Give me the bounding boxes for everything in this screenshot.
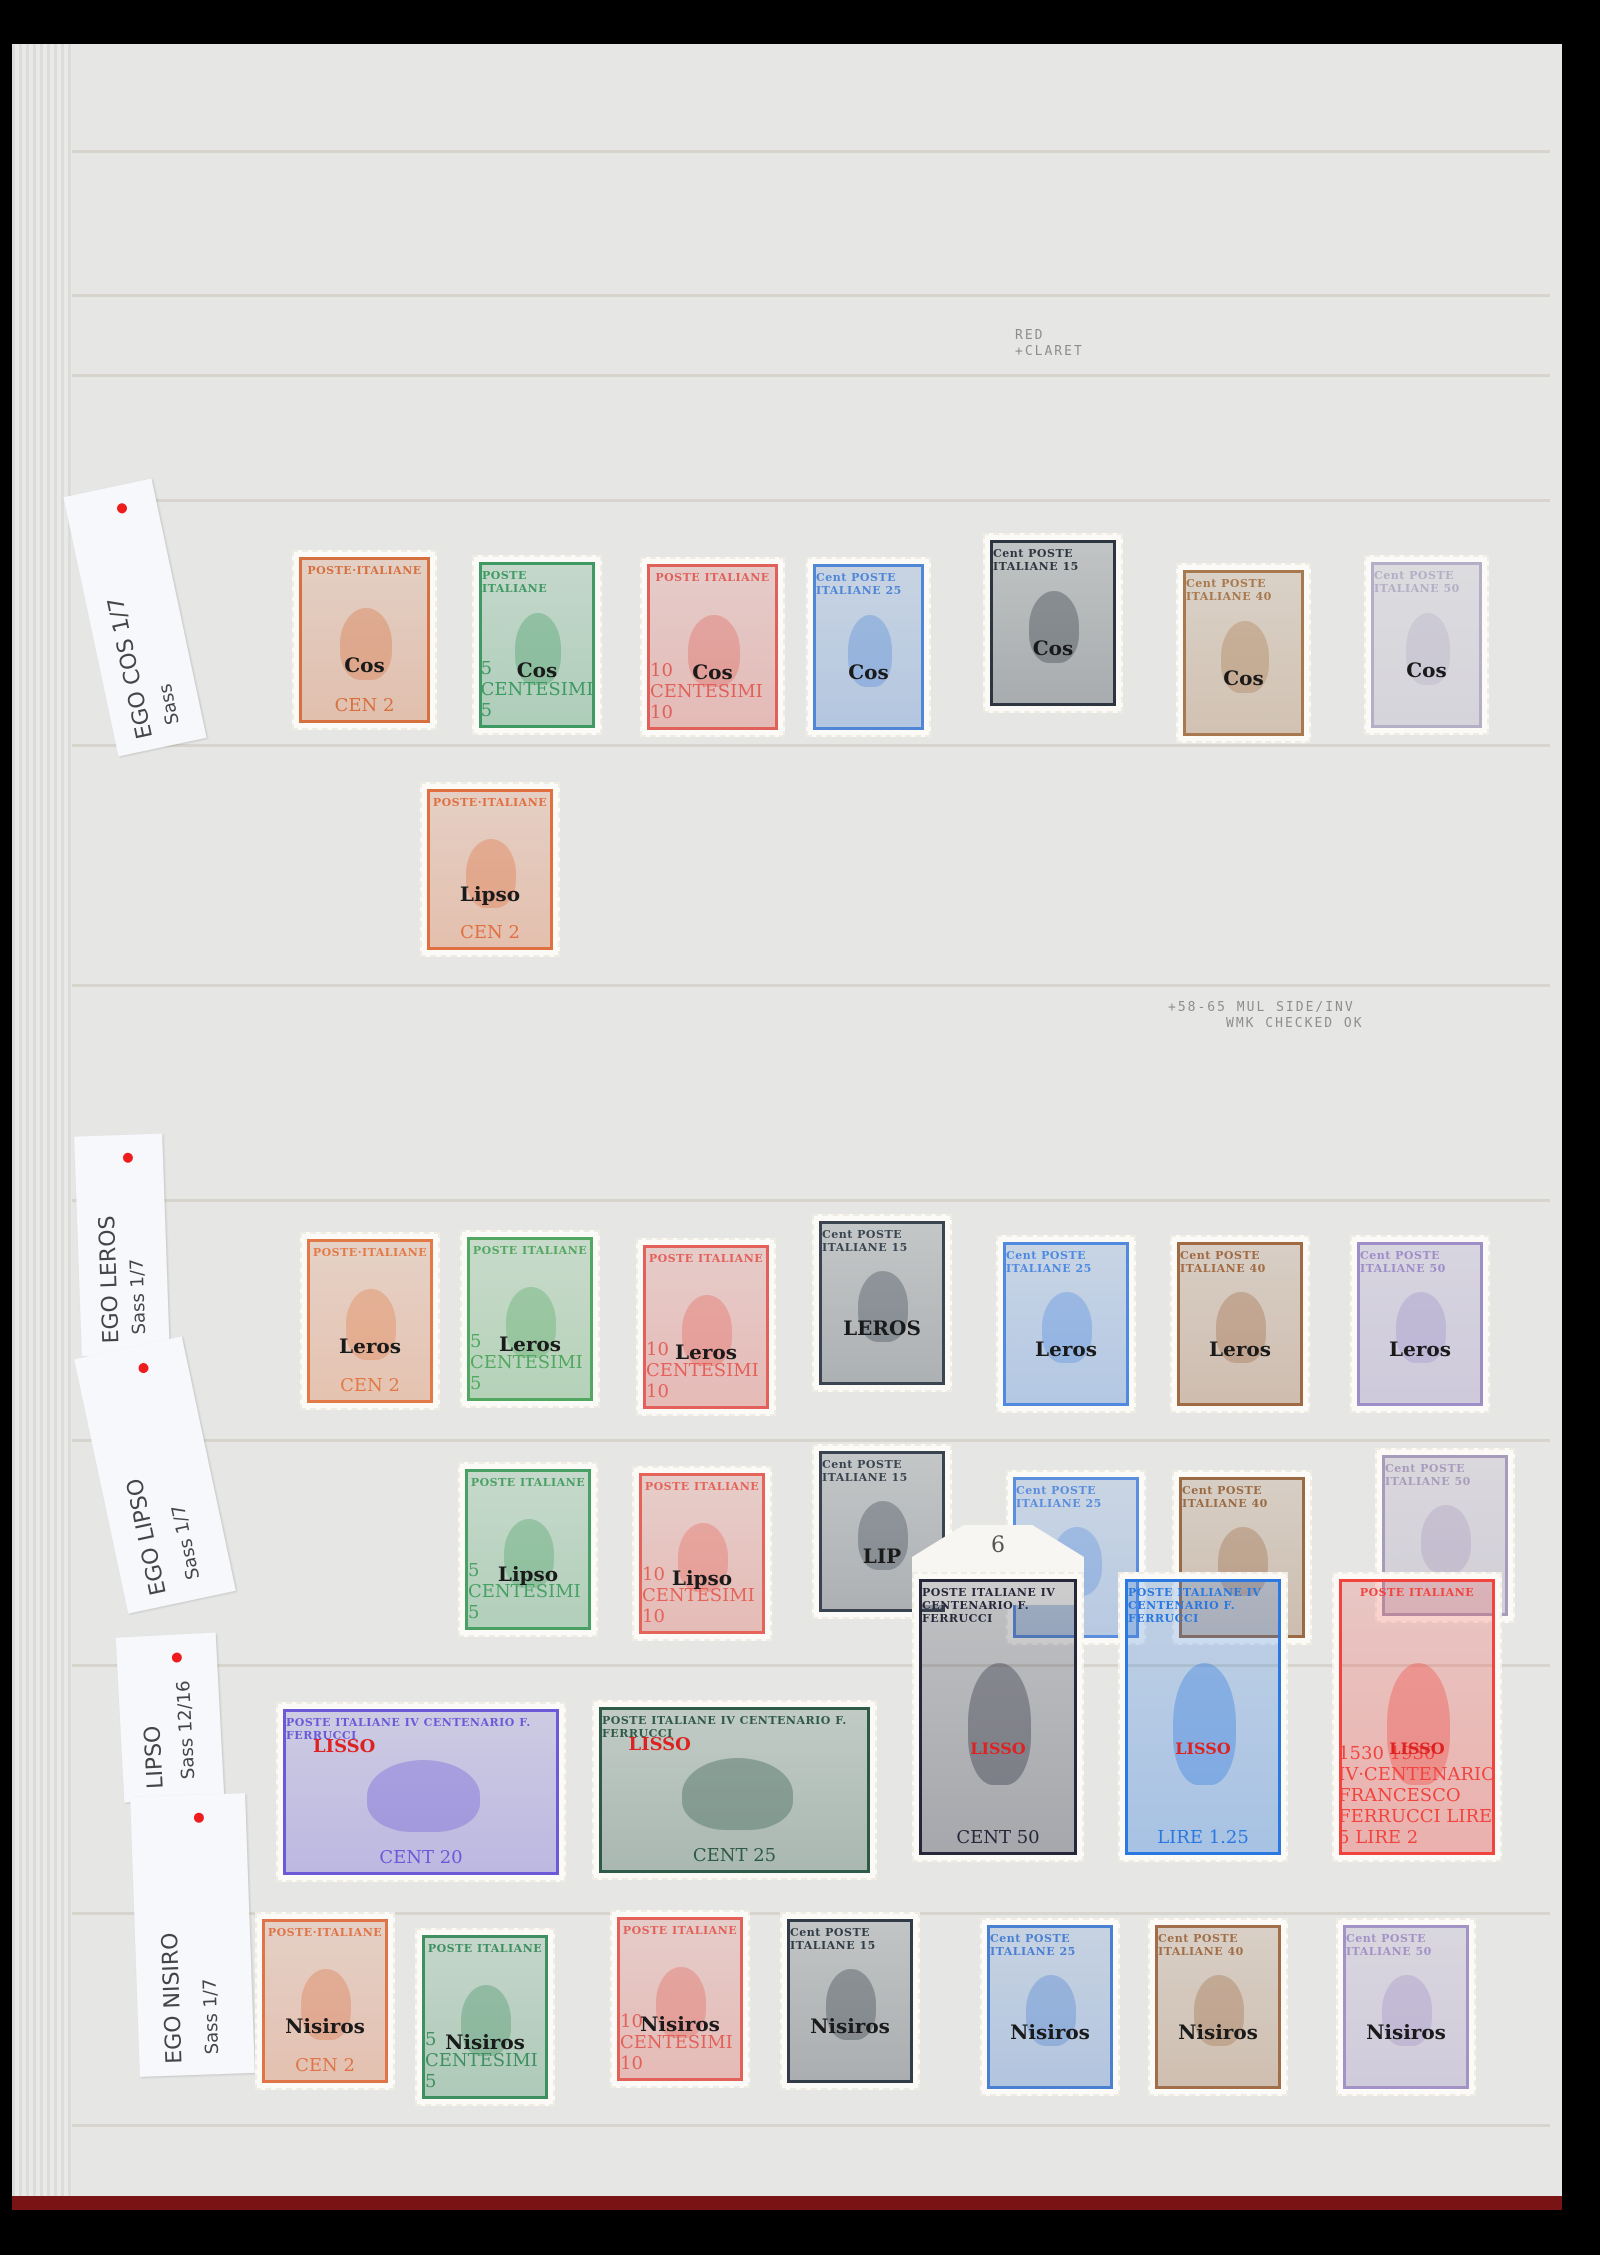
- stamp-header: Cent POSTE ITALIANE 25: [990, 1928, 1110, 1958]
- stamp: POSTE·ITALIANE Leros CEN 2: [300, 1232, 440, 1410]
- stamp-header: Cent POSTE ITALIANE 40: [1182, 1480, 1302, 1510]
- stamp-overprint: Cos: [302, 653, 427, 677]
- stamp: POSTE ITALIANE IV CENTENARIO F. FERRUCCI…: [592, 1700, 877, 1880]
- portrait-icon: [1173, 1663, 1236, 1785]
- stock-strip: [72, 1664, 1550, 1667]
- stamp: Cent POSTE ITALIANE 25 Cos: [806, 557, 931, 737]
- stamp-overprint: LISSO: [922, 1739, 1074, 1758]
- stamp-value: CEN 2: [295, 2055, 355, 2080]
- stamp-header: Cent POSTE ITALIANE 25: [1006, 1245, 1126, 1275]
- stamp: Cent POSTE ITALIANE 15 Cos: [983, 533, 1123, 713]
- stamp-header: Cent POSTE ITALIANE 50: [1374, 565, 1479, 595]
- label-text: EGO COS 1/7: [104, 595, 158, 741]
- red-dot-icon: [194, 1813, 204, 1823]
- label-text: Sass 1/7: [200, 1978, 224, 2055]
- stamp-overprint: Nisiros: [265, 2014, 385, 2038]
- label-text: EGO LIPSO: [123, 1476, 172, 1597]
- portrait-icon: [1421, 1505, 1471, 1575]
- red-dot-icon: [116, 502, 128, 514]
- stamp: Cent POSTE ITALIANE 25 Leros: [996, 1235, 1136, 1413]
- stamp-overprint: Lipso: [642, 1566, 762, 1590]
- stamp-header: POSTE·ITALIANE: [307, 560, 421, 577]
- stamp-header: Cent POSTE ITALIANE 15: [822, 1224, 942, 1254]
- label-text: EGO LEROS: [95, 1215, 124, 1344]
- stamp: POSTE·ITALIANE Lipso CEN 2: [420, 782, 560, 957]
- stock-strip: [72, 374, 1550, 377]
- stamp: POSTE ITALIANE Leros 5 CENTESIMI 5: [460, 1230, 600, 1408]
- portrait-icon: [968, 1663, 1032, 1785]
- stamp-overprint: Leros: [1360, 1337, 1480, 1361]
- stamp-header: POSTE ITALIANE: [649, 1248, 763, 1265]
- stamp-overprint: Nisiros: [790, 2014, 910, 2038]
- stamp-header: POSTE ITALIANE IV CENTENARIO F. FERRUCCI: [1128, 1582, 1278, 1625]
- stamp: Cent POSTE ITALIANE 50 Leros: [1350, 1235, 1490, 1413]
- stamp-header: POSTE ITALIANE: [473, 1240, 587, 1257]
- stamp-overprint: Cos: [993, 636, 1113, 660]
- stamp-header: Cent POSTE ITALIANE 40: [1158, 1928, 1278, 1958]
- stamp: Cent POSTE ITALIANE 15 LEROS: [812, 1214, 952, 1392]
- stamp-overprint: Lipso: [430, 882, 550, 906]
- stamp-header: Cent POSTE ITALIANE 40: [1186, 573, 1301, 603]
- stock-strip: [72, 499, 1550, 502]
- handwritten-label: LIPSO Sass 12/16: [116, 1632, 224, 1802]
- stamp-overprint: Leros: [1006, 1337, 1126, 1361]
- stamp-header: POSTE·ITALIANE: [313, 1242, 427, 1259]
- stamp-header: Cent POSTE ITALIANE 25: [816, 567, 921, 597]
- stamp-header: Cent POSTE ITALIANE 15: [790, 1922, 910, 1952]
- handwritten-label: EGO LEROS Sass 1/7: [74, 1134, 170, 1357]
- stamp-value: CENT 25: [693, 1845, 776, 1870]
- stamp-header: Cent POSTE ITALIANE 25: [1016, 1480, 1136, 1510]
- stamp: Cent POSTE ITALIANE 15 Nisiros: [780, 1912, 920, 2090]
- portrait-icon: [682, 1758, 793, 1830]
- stamp: POSTE ITALIANE IV CENTENARIO F. FERRUCCI…: [912, 1572, 1084, 1862]
- stamp: POSTE·ITALIANE Cos CEN 2: [292, 550, 437, 730]
- stamp-value: CEN 2: [340, 1375, 400, 1400]
- stamp-overprint: Nisiros: [1158, 2020, 1278, 2044]
- stamp: Cent POSTE ITALIANE 50 Cos: [1364, 555, 1489, 735]
- stamp-overprint: Leros: [310, 1334, 430, 1358]
- stamp-overprint: Leros: [1180, 1337, 1300, 1361]
- stamp-value: LIRE 1.25: [1157, 1827, 1249, 1852]
- stock-strip: [72, 150, 1550, 153]
- red-dot-icon: [137, 1362, 149, 1374]
- label-text: Sass 1/7: [127, 1258, 151, 1335]
- stamp-header: Cent POSTE ITALIANE 50: [1346, 1928, 1466, 1958]
- stamp-overprint: LEROS: [822, 1316, 942, 1340]
- stamp-overprint: LISSO: [313, 1736, 556, 1757]
- stamp-header: POSTE ITALIANE: [471, 1472, 585, 1489]
- stamp-header: Cent POSTE ITALIANE 15: [822, 1454, 942, 1484]
- pencil-note-top: RED +CLARET: [1015, 328, 1084, 360]
- stamp: Cent POSTE ITALIANE 50 Nisiros: [1336, 1918, 1476, 2096]
- stamp: POSTE·ITALIANE Nisiros CEN 2: [255, 1912, 395, 2090]
- stamp-header: POSTE ITALIANE: [482, 565, 592, 595]
- stamp: POSTE ITALIANE Leros 10 CENTESIMI 10: [636, 1238, 776, 1416]
- stamp: POSTE ITALIANE LISSO 1530 1930 IV·CENTEN…: [1332, 1572, 1502, 1862]
- stamp-header: POSTE ITALIANE IV CENTENARIO F. FERRUCCI: [922, 1582, 1074, 1625]
- stamp-overprint: LISSO: [629, 1734, 868, 1755]
- album-cover-edge: [12, 2196, 1562, 2210]
- stamp-value: CENT 20: [379, 1847, 462, 1872]
- stamp-header: POSTE ITALIANE: [645, 1476, 759, 1493]
- stamp-overprint: Leros: [646, 1340, 766, 1364]
- stock-strip: [72, 1199, 1550, 1202]
- stock-strip: [72, 294, 1550, 297]
- label-text: Sass 1/7: [167, 1503, 203, 1582]
- stamp-header: Cent POSTE ITALIANE 50: [1385, 1458, 1505, 1488]
- label-text: Sass 12/16: [173, 1680, 199, 1780]
- stamp-header: POSTE ITALIANE: [655, 567, 769, 584]
- stamp-overprint: Cos: [1374, 658, 1479, 682]
- stamp-value: CEN 2: [335, 695, 395, 720]
- stamp-value: CENT 50: [956, 1827, 1039, 1852]
- handwritten-label: EGO NISIRO Sass 1/7: [130, 1793, 255, 2077]
- stamp-overprint: Cos: [482, 658, 592, 682]
- stamp-header: POSTE·ITALIANE: [268, 1922, 382, 1939]
- stamp-header: Cent POSTE ITALIANE 15: [993, 543, 1113, 573]
- pencil-note-mid: +58-65 MUL SIDE/INV WMK CHECKED OK: [1168, 1000, 1364, 1032]
- page-binding-edge: [12, 44, 72, 2209]
- stamp-overprint: Cos: [650, 660, 775, 684]
- stamp: POSTE ITALIANE IV CENTENARIO F. FERRUCCI…: [1118, 1572, 1288, 1862]
- stock-strip: [72, 744, 1550, 747]
- portrait-icon: [1387, 1663, 1450, 1785]
- stamp-overprint: Nisiros: [620, 2012, 740, 2036]
- stamp: POSTE ITALIANE IV CENTENARIO F. FERRUCCI…: [276, 1702, 566, 1882]
- stock-strip: [72, 1439, 1550, 1442]
- red-dot-icon: [172, 1652, 183, 1663]
- stamp-value: CEN 2: [460, 922, 520, 947]
- stamp-header: POSTE ITALIANE: [428, 1938, 542, 1955]
- stock-strip: [72, 2124, 1550, 2127]
- stamp-overprint: Leros: [470, 1332, 590, 1356]
- stamp: Cent POSTE ITALIANE 40 Leros: [1170, 1235, 1310, 1413]
- stamp: POSTE ITALIANE Cos 5 CENTESIMI 5: [472, 555, 602, 735]
- stamp-header: POSTE ITALIANE: [1360, 1582, 1474, 1599]
- stock-strip: [72, 984, 1550, 987]
- stamp: POSTE ITALIANE Nisiros 10 CENTESIMI 10: [610, 1910, 750, 2088]
- stamp-header: POSTE ITALIANE: [623, 1920, 737, 1937]
- stamp: POSTE ITALIANE Cos 10 CENTESIMI 10: [640, 557, 785, 737]
- label-text: LIPSO: [140, 1725, 168, 1790]
- stamp-header: Cent POSTE ITALIANE 50: [1360, 1245, 1480, 1275]
- stamp-overprint: Cos: [816, 660, 921, 684]
- label-text: Sass: [154, 682, 183, 727]
- stamp-overprint: Lipso: [468, 1562, 588, 1586]
- stamp-overprint: LISSO: [1342, 1739, 1492, 1758]
- stamp-header: Cent POSTE ITALIANE 40: [1180, 1245, 1300, 1275]
- stamp-overprint: Nisiros: [990, 2020, 1110, 2044]
- red-dot-icon: [123, 1153, 133, 1163]
- stamp: Cent POSTE ITALIANE 40 Cos: [1176, 563, 1311, 743]
- stamp-overprint: Nisiros: [425, 2030, 545, 2054]
- stamp-overprint: LISSO: [1128, 1739, 1278, 1758]
- label-text: EGO NISIRO: [158, 1932, 188, 2064]
- stamp: POSTE ITALIANE Lipso 5 CENTESIMI 5: [458, 1462, 598, 1637]
- portrait-icon: [367, 1760, 480, 1832]
- stamp: POSTE ITALIANE Lipso 10 CENTESIMI 10: [632, 1466, 772, 1641]
- stamp-header: POSTE·ITALIANE: [433, 792, 547, 809]
- stamp: Cent POSTE ITALIANE 25 Nisiros: [980, 1918, 1120, 2096]
- stamp: POSTE ITALIANE Nisiros 5 CENTESIMI 5: [415, 1928, 555, 2106]
- stamp: Cent POSTE ITALIANE 40 Nisiros: [1148, 1918, 1288, 2096]
- stamp-overprint: Cos: [1186, 666, 1301, 690]
- stamp-overprint: Nisiros: [1346, 2020, 1466, 2044]
